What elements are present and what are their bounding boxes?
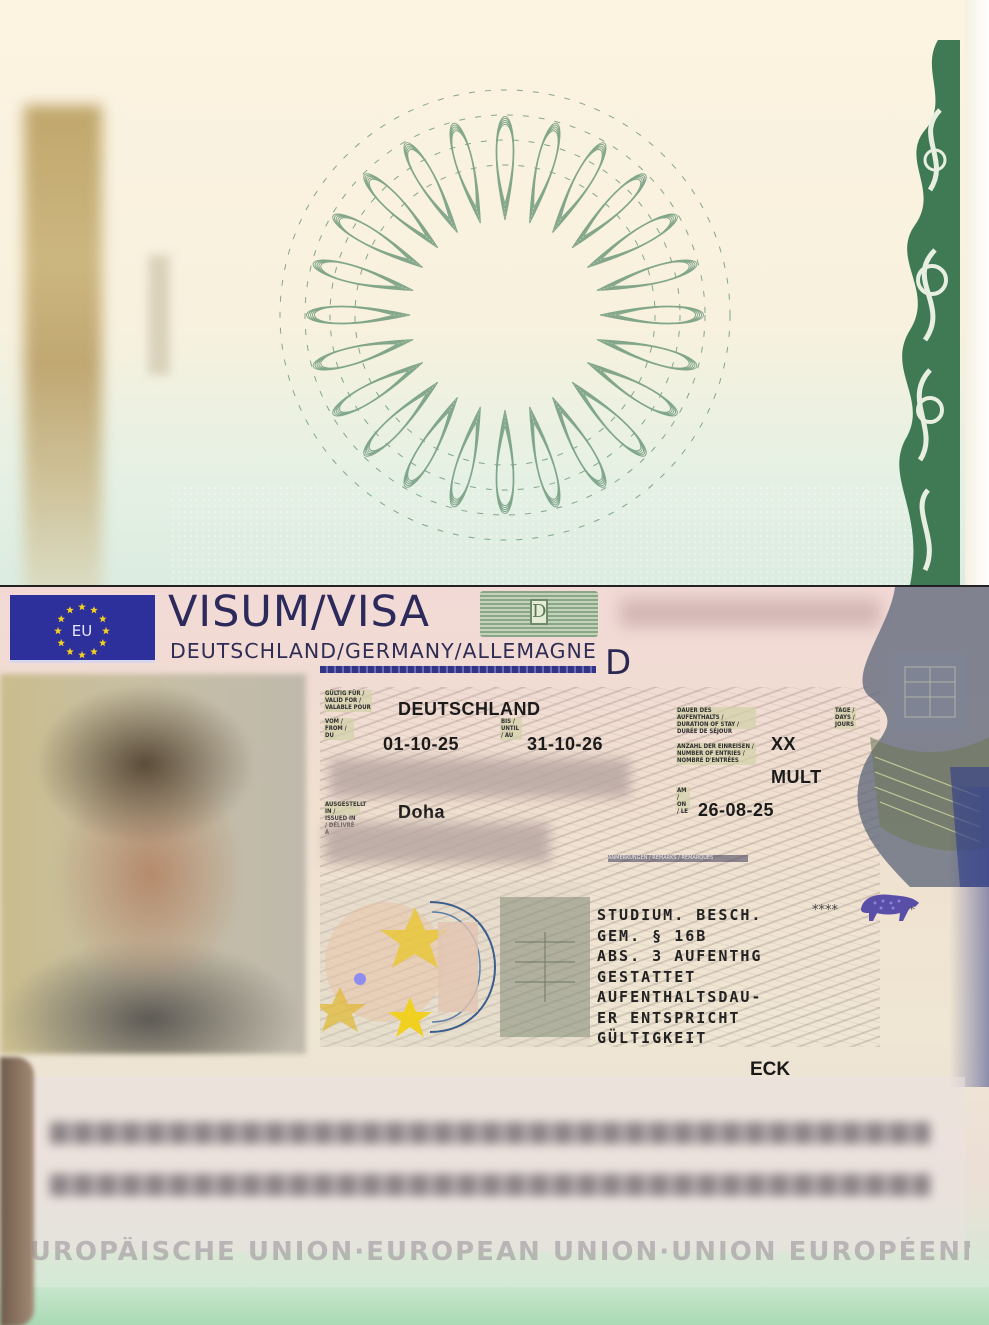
- country-code: D: [605, 643, 631, 683]
- microprint-band: [320, 666, 596, 673]
- decorative-floral-border-icon: [880, 40, 960, 585]
- redacted-visa-number: [620, 599, 880, 627]
- label-from: VOM / FROM / DU: [324, 718, 354, 740]
- remarks-line: AUFENTHALTSDAU-: [597, 988, 762, 1006]
- duration-days-value: XX: [771, 734, 796, 755]
- page-edge: [965, 0, 989, 585]
- redacted-mrz-line-1: [50, 1122, 930, 1144]
- issuing-country: DEUTSCHLAND/GERMANY/ALLEMAGNE: [170, 639, 597, 663]
- remarks-text: STUDIUM. BESCH. GEM. § 16B ABS. 3 AUFENT…: [597, 905, 762, 1049]
- eu-flag-text: EU: [72, 622, 92, 640]
- visa-title: VISUM/VISA: [168, 587, 430, 637]
- valid-until-value: 31-10-26: [527, 734, 603, 755]
- page-edge-shadow: [949, 787, 989, 1087]
- redacted-edge-strip: [24, 105, 102, 585]
- label-duration: DAUER DES AUFENTHALTS / DURATION OF STAY…: [676, 707, 756, 729]
- label-entries: ANZAHL DER EINREISEN / NUMBER OF ENTRIES…: [676, 743, 756, 765]
- d-emblem-letter: D: [530, 599, 548, 625]
- redacted-mark: [148, 255, 170, 375]
- label-valid-for: GÜLTIG FÜR / VALID FOR / VALABLE POUR: [324, 690, 372, 712]
- remarks-line: ABS. 3 AUFENTHG: [597, 947, 762, 965]
- passport-page-top: [0, 0, 989, 585]
- label-remarks: ANMERKUNGEN / REMARKS / REMARQUES: [608, 855, 748, 862]
- remarks-line: GEM. § 16B: [597, 927, 707, 945]
- eu-stars-icon: EU: [10, 595, 155, 663]
- remarks-line: STUDIUM. BESCH.: [597, 906, 762, 924]
- label-issued-in: AUSGESTELLT IN / ISSUED IN / DÉLIVRÉ À: [324, 801, 360, 815]
- holding-thumb: [0, 1057, 34, 1325]
- issued-in-value: Doha: [398, 802, 445, 823]
- issue-date-value: 26-08-25: [698, 800, 774, 821]
- remarks-line: GÜLTIGKEIT: [597, 1029, 707, 1047]
- d-emblem-icon: D: [480, 591, 598, 637]
- machine-readable-zone: [20, 1077, 965, 1252]
- entries-value: MULT: [771, 767, 822, 788]
- passport-page-bottom: [0, 1287, 989, 1325]
- bull-security-icon: [855, 887, 925, 923]
- remarks-line: GESTATTET: [597, 968, 696, 986]
- redacted-passport-number: [330, 759, 630, 797]
- redacted-holder-name: [325, 823, 550, 863]
- redacted-holder-photo: [0, 674, 306, 1054]
- hologram-seal-icon: [320, 882, 590, 1047]
- visa-sticker-page: EU VISUM/VISA D DEUTSCHLAND/GERMANY/ALLE…: [0, 585, 989, 1325]
- label-on: AM / ON / LE: [676, 787, 690, 809]
- eu-flag: EU: [10, 595, 155, 663]
- valid-from-value: 01-10-25: [383, 734, 459, 755]
- guilloche-rosette-icon: [245, 55, 765, 575]
- stars-start: ****: [812, 903, 838, 918]
- redacted-mrz-line-2: [50, 1174, 930, 1196]
- valid-for-value: DEUTSCHLAND: [398, 699, 541, 720]
- remarks-line: ER ENTSPRICHT: [597, 1009, 740, 1027]
- label-until: BIS / UNTIL / AU: [500, 718, 522, 740]
- security-background-text: EUROPÄISCHE UNION·EUROPEAN UNION·UNION E…: [10, 1237, 970, 1267]
